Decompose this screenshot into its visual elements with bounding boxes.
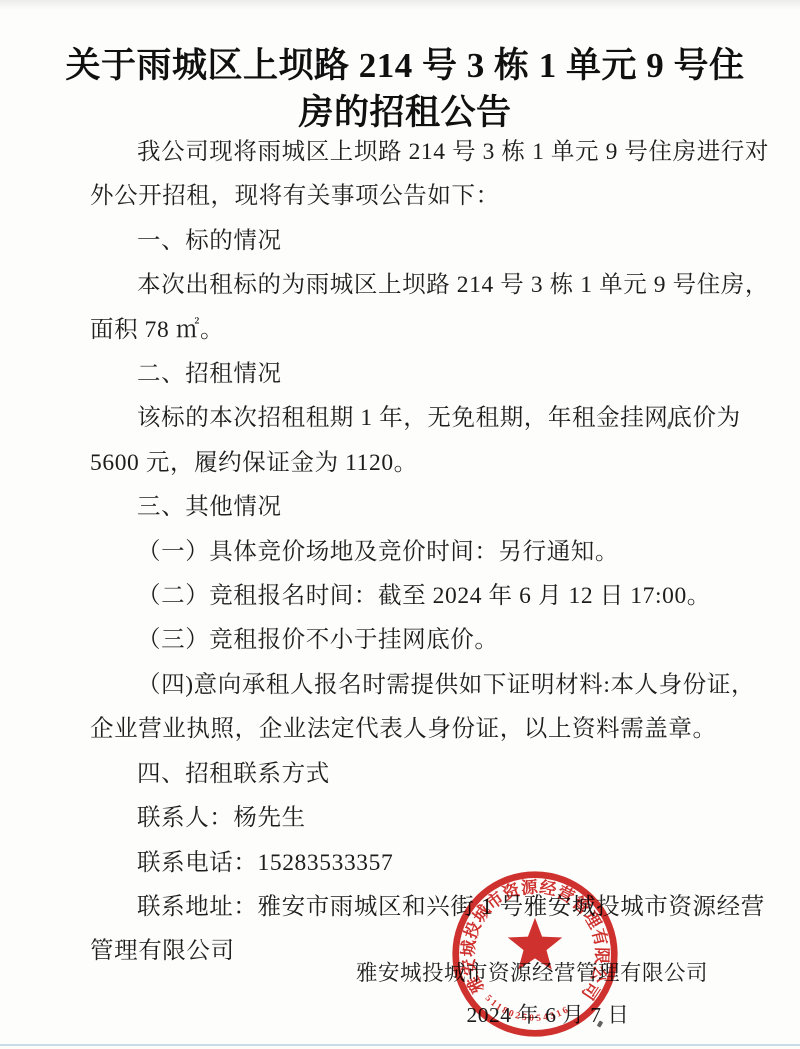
body-line: 联系地址：雅安市雨城区和兴街 1 号雅安城投城市资源经营: [90, 885, 750, 929]
body-line: 外公开招租，现将有关事项公告如下：: [90, 174, 750, 218]
body-line: （四)意向承租人报名时需提供如下证明材料:本人身份证，: [90, 663, 750, 707]
seal-number-arc-text: 5118025054316: [483, 993, 573, 1024]
star-icon: [508, 918, 562, 970]
body-line: 联系人：杨先生: [90, 796, 750, 840]
title-line-1: 关于雨城区上坝路 214 号 3 栋 1 单元 9 号住: [65, 46, 744, 85]
body-line: 5600 元，履约保证金为 1120。: [90, 441, 750, 485]
document-page: 关于雨城区上坝路 214 号 3 栋 1 单元 9 号住 房的招租公告 我公司现…: [0, 0, 800, 1049]
body-line: 三、其他情况: [90, 485, 750, 529]
body-line: 联系电话：15283533357: [90, 841, 750, 885]
body-line: 我公司现将雨城区上坝路 214 号 3 栋 1 单元 9 号住房进行对: [90, 130, 750, 174]
body-line: 面积 78 ㎡。: [90, 308, 750, 352]
company-seal: 雅安城投城市资源经营管理有限公司 5118025054316: [446, 868, 624, 1040]
body-line: （一）具体竞价场地及竞价时间：另行通知。: [90, 530, 750, 574]
title-line-2: 房的招租公告: [298, 93, 511, 132]
body-line: 本次出租标的为雨城区上坝路 214 号 3 栋 1 单元 9 号住房，: [90, 263, 750, 307]
body-line: 该标的本次招租租期 1 年，无免租期，年租金挂网底价为: [90, 396, 750, 440]
body-line: （三）竞租报价不小于挂网底价。: [90, 618, 750, 662]
scan-edge-line: [0, 1044, 800, 1046]
page-title: 关于雨城区上坝路 214 号 3 栋 1 单元 9 号住 房的招租公告: [55, 42, 755, 136]
body-line: 二、招租情况: [90, 352, 750, 396]
body-line: 企业营业执照，企业法定代表人身份证，以上资料需盖章。: [90, 707, 750, 751]
body-line: （二）竞租报名时间：截至 2024 年 6 月 12 日 17:00。: [90, 574, 750, 618]
body-lines: 我公司现将雨城区上坝路 214 号 3 栋 1 单元 9 号住房进行对外公开招租…: [90, 130, 750, 974]
body-line: 四、招租联系方式: [90, 752, 750, 796]
body-line: 一、标的情况: [90, 219, 750, 263]
